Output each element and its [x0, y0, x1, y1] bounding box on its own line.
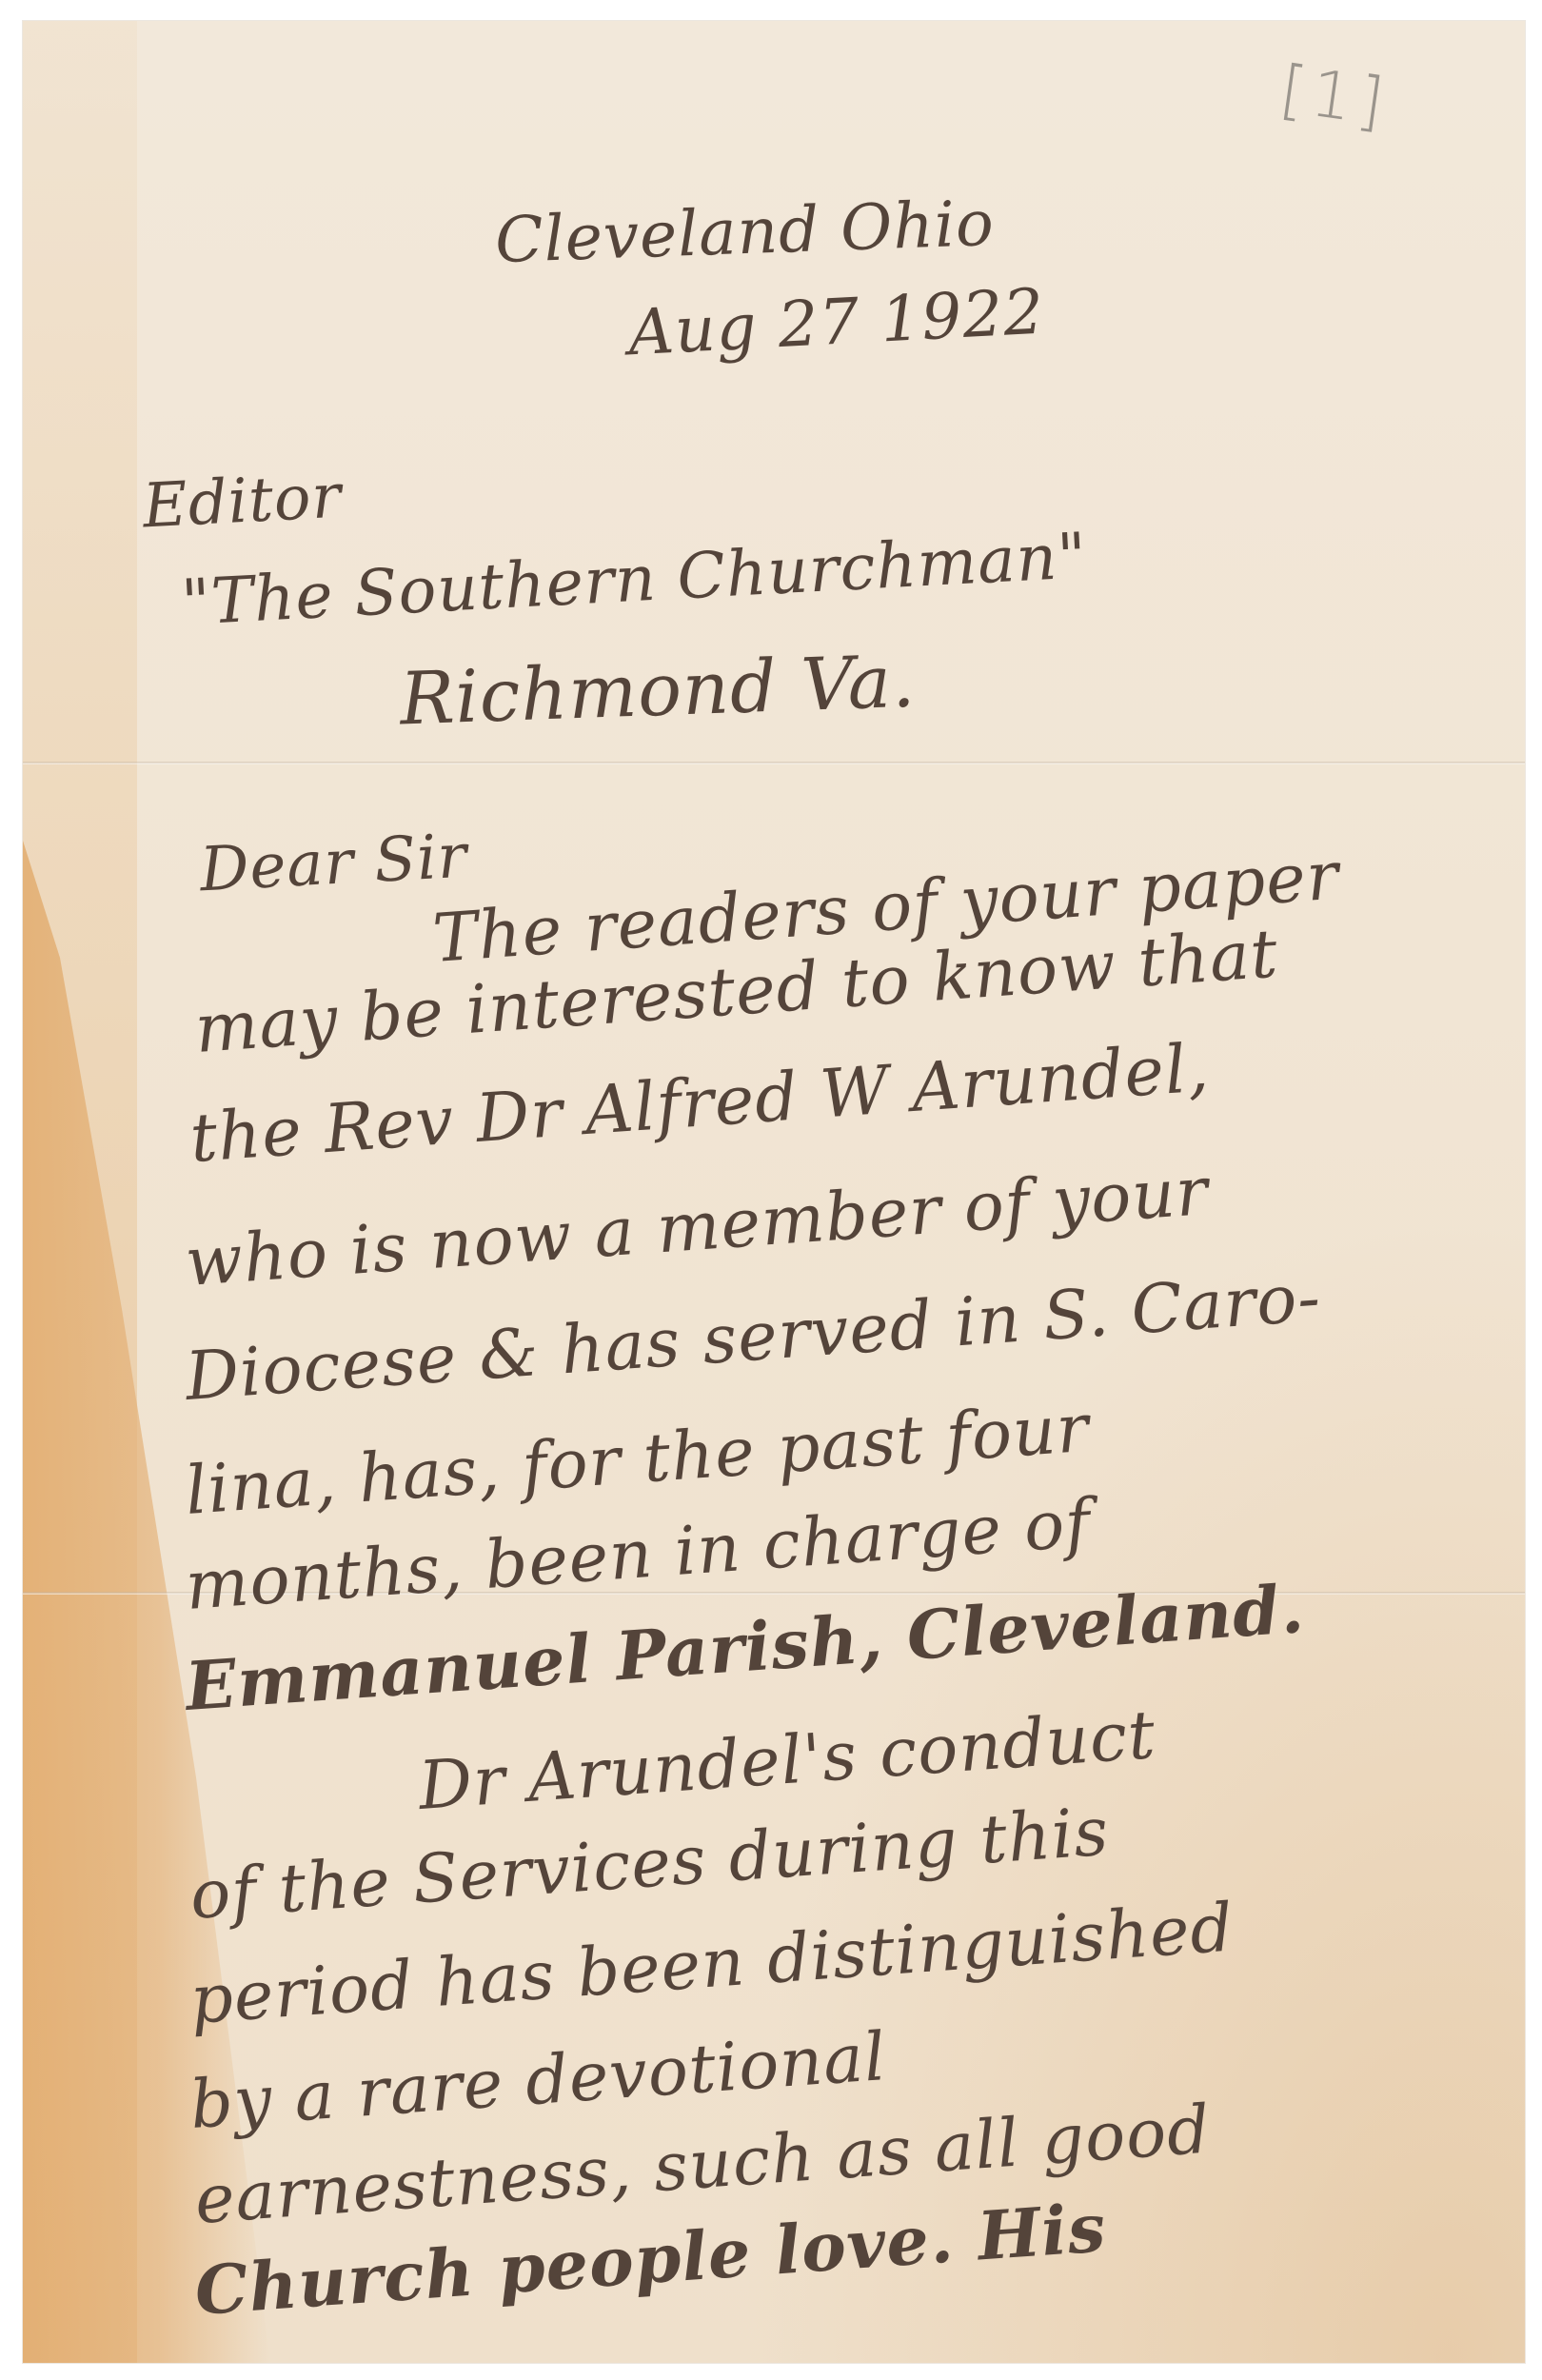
recipient-city: Richmond Va.	[399, 639, 918, 742]
page-number: [1]	[1275, 51, 1394, 141]
water-stain-soft	[23, 21, 137, 2363]
fold-crease-upper	[23, 762, 1525, 764]
recipient-title: Editor	[141, 462, 344, 543]
salutation: Dear Sir	[198, 822, 469, 906]
